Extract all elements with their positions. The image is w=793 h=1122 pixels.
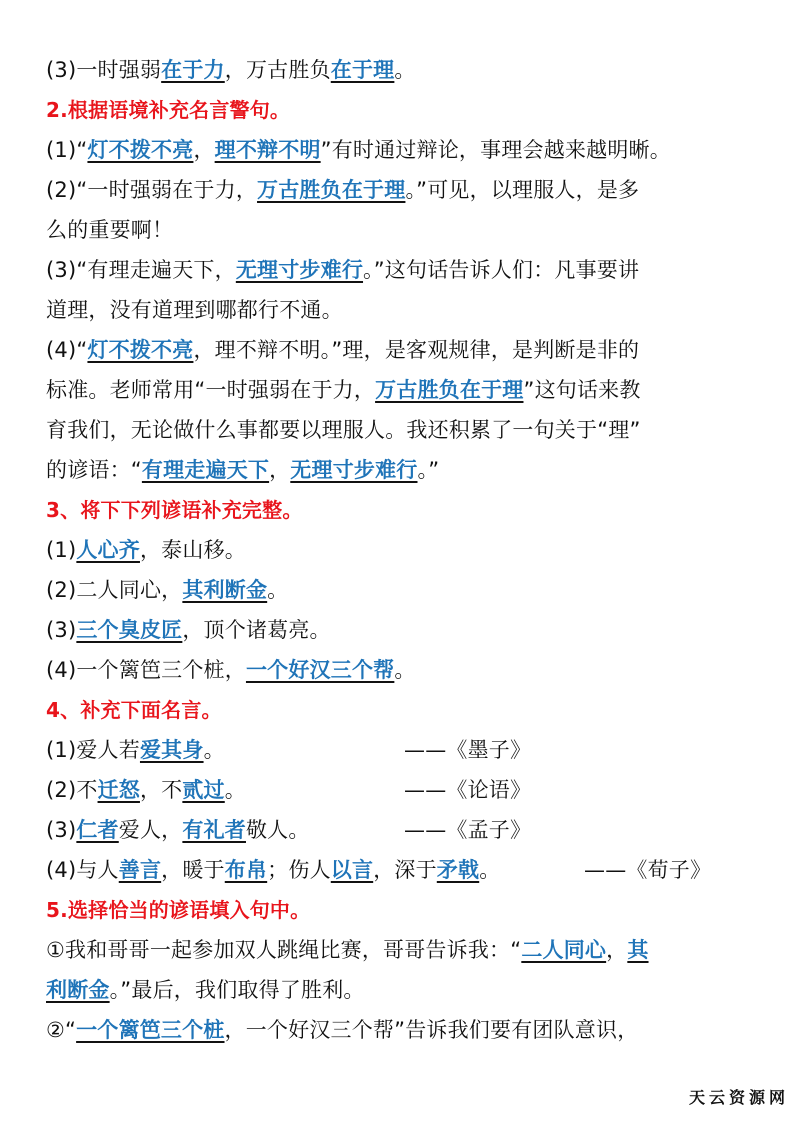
text-line: (3)一时强弱在于力，万古胜负在于理。 bbox=[46, 50, 756, 90]
line-text: 。 bbox=[479, 858, 500, 882]
answer-text: 迁怒 bbox=[98, 778, 140, 802]
line-text: 。 bbox=[225, 778, 246, 802]
text-line: (4)“灯不拨不亮，理不辩不明。”理，是客观规律，是判断是非的 bbox=[46, 330, 756, 370]
text-line: ②“一个篱笆三个桩，一个好汉三个帮”告诉我们要有团队意识， bbox=[46, 1010, 756, 1050]
line-text: (3)“有理走遍天下， bbox=[46, 258, 236, 282]
line-text: 敬人。 bbox=[246, 818, 310, 842]
line-text: (2)不 bbox=[46, 778, 98, 802]
text-line: (3)“有理走遍天下，无理寸步难行。”这句话告诉人们：凡事要讲 bbox=[46, 250, 756, 290]
line-text: (1) bbox=[46, 538, 76, 562]
line-text: 2.根据语境补充名言警句。 bbox=[46, 98, 290, 122]
text-line: (2)二人同心，其利断金。 bbox=[46, 570, 756, 610]
answer-text: 无理寸步难行 bbox=[290, 458, 417, 482]
document-page: (3)一时强弱在于力，万古胜负在于理。2.根据语境补充名言警句。(1)“灯不拨不… bbox=[46, 50, 756, 1050]
text-line: (2)“一时强弱在于力，万古胜负在于理。”可见，以理服人，是多 bbox=[46, 170, 756, 210]
line-text: 。”可见，以理服人，是多 bbox=[405, 178, 639, 202]
line-text: ，理不辩不明。”理，是客观规律，是判断是非的 bbox=[193, 338, 639, 362]
text-line: (3)三个臭皮匠，顶个诸葛亮。 bbox=[46, 610, 756, 650]
answer-text: 利断金 bbox=[46, 978, 110, 1002]
text-line: 的谚语：“有理走遍天下，无理寸步难行。” bbox=[46, 450, 756, 490]
line-text: (4)“ bbox=[46, 338, 87, 362]
quote-source: ——《荀子》 bbox=[584, 850, 711, 890]
text-line: (1)人心齐，泰山移。 bbox=[46, 530, 756, 570]
line-text: ， bbox=[193, 138, 214, 162]
line-text: (4)一个篱笆三个桩， bbox=[46, 658, 246, 682]
text-line: 道理，没有道理到哪都行不通。 bbox=[46, 290, 756, 330]
answer-text: 矛戟 bbox=[437, 858, 479, 882]
text-line: 标准。老师常用“一时强弱在于力，万古胜负在于理”这句话来教 bbox=[46, 370, 756, 410]
line-text: 。”这句话告诉人们：凡事要讲 bbox=[363, 258, 639, 282]
section-heading: 5.选择恰当的谚语填入句中。 bbox=[46, 890, 756, 930]
answer-text: 其 bbox=[627, 938, 648, 962]
line-text: 。 bbox=[394, 658, 415, 682]
line-text: ， bbox=[269, 458, 290, 482]
section-heading: 4、补充下面名言。 bbox=[46, 690, 756, 730]
answer-text: 善言 bbox=[119, 858, 161, 882]
quote-source: ——《孟子》 bbox=[404, 810, 531, 850]
line-text: 。 bbox=[204, 738, 225, 762]
answer-text: 无理寸步难行 bbox=[236, 258, 363, 282]
answer-text: 灯不拨不亮 bbox=[87, 338, 193, 362]
line-text: ，不 bbox=[140, 778, 182, 802]
line-text: 4、补充下面名言。 bbox=[46, 698, 222, 722]
line-text: (3)一时强弱 bbox=[46, 58, 161, 82]
quote-source: ——《墨子》 bbox=[404, 730, 531, 770]
answer-text: 万古胜负在于理 bbox=[375, 378, 523, 402]
answer-text: 以言 bbox=[331, 858, 373, 882]
line-text: ，泰山移。 bbox=[140, 538, 246, 562]
answer-text: 三个臭皮匠 bbox=[76, 618, 182, 642]
line-text: ， bbox=[606, 938, 627, 962]
line-text: 。”最后，我们取得了胜利。 bbox=[110, 978, 365, 1002]
text-line: (1)爱人若爱其身。——《墨子》 bbox=[46, 730, 756, 770]
line-text: ，顶个诸葛亮。 bbox=[182, 618, 330, 642]
answer-text: 一个好汉三个帮 bbox=[246, 658, 394, 682]
text-line: ①我和哥哥一起参加双人跳绳比赛，哥哥告诉我：“二人同心，其 bbox=[46, 930, 756, 970]
line-text: (1)爱人若 bbox=[46, 738, 140, 762]
line-text: 5.选择恰当的谚语填入句中。 bbox=[46, 898, 310, 922]
answer-text: 仁者 bbox=[76, 818, 118, 842]
line-text: ②“ bbox=[46, 1018, 76, 1042]
line-text: ，万古胜负 bbox=[225, 58, 331, 82]
line-text: ”有时通过辩论，事理会越来越明晰。 bbox=[321, 138, 671, 162]
watermark: 天云资源网 bbox=[689, 1085, 789, 1108]
quote-source: ——《论语》 bbox=[404, 770, 531, 810]
text-line: (3)仁者爱人，有礼者敬人。——《孟子》 bbox=[46, 810, 756, 850]
answer-text: 一个篱笆三个桩 bbox=[76, 1018, 224, 1042]
text-line: 利断金。”最后，我们取得了胜利。 bbox=[46, 970, 756, 1010]
line-text: 标准。老师常用“一时强弱在于力， bbox=[46, 378, 375, 402]
text-line: (1)“灯不拨不亮，理不辩不明”有时通过辩论，事理会越来越明晰。 bbox=[46, 130, 756, 170]
section-heading: 3、将下下列谚语补充完整。 bbox=[46, 490, 756, 530]
text-line: (4)一个篱笆三个桩，一个好汉三个帮。 bbox=[46, 650, 756, 690]
text-line: 育我们，无论做什么事都要以理服人。我还积累了一句关于“理” bbox=[46, 410, 756, 450]
answer-text: 布帛 bbox=[225, 858, 267, 882]
line-text: ，深于 bbox=[373, 858, 437, 882]
line-text: (1)“ bbox=[46, 138, 87, 162]
line-text: (2)“一时强弱在于力， bbox=[46, 178, 257, 202]
line-text: (2)二人同心， bbox=[46, 578, 182, 602]
line-text: (3) bbox=[46, 618, 76, 642]
line-text: 道理，没有道理到哪都行不通。 bbox=[46, 298, 343, 322]
text-line: 么的重要啊！ bbox=[46, 210, 756, 250]
line-text: (4)与人 bbox=[46, 858, 119, 882]
line-text: ①我和哥哥一起参加双人跳绳比赛，哥哥告诉我：“ bbox=[46, 938, 521, 962]
line-text: (3) bbox=[46, 818, 76, 842]
section-heading: 2.根据语境补充名言警句。 bbox=[46, 90, 756, 130]
line-text: ，暖于 bbox=[161, 858, 225, 882]
answer-text: 贰过 bbox=[182, 778, 224, 802]
line-text: ，一个好汉三个帮”告诉我们要有团队意识， bbox=[225, 1018, 639, 1042]
answer-text: 理不辩不明 bbox=[215, 138, 321, 162]
answer-text: 灯不拨不亮 bbox=[87, 138, 193, 162]
answer-text: 二人同心 bbox=[521, 938, 606, 962]
answer-text: 其利断金 bbox=[182, 578, 267, 602]
answer-text: 万古胜负在于理 bbox=[257, 178, 405, 202]
line-text: 么的重要啊！ bbox=[46, 218, 173, 242]
answer-text: 人心齐 bbox=[76, 538, 140, 562]
line-text: 。 bbox=[394, 58, 415, 82]
text-line: (4)与人善言，暖于布帛；伤人以言，深于矛戟。——《荀子》 bbox=[46, 850, 756, 890]
answer-text: 爱其身 bbox=[140, 738, 204, 762]
line-text: ；伤人 bbox=[267, 858, 331, 882]
line-text: 爱人， bbox=[119, 818, 183, 842]
answer-text: 有礼者 bbox=[182, 818, 246, 842]
line-text: 的谚语：“ bbox=[46, 458, 142, 482]
line-text: 3、将下下列谚语补充完整。 bbox=[46, 498, 303, 522]
line-text: 。” bbox=[418, 458, 440, 482]
line-text: ”这句话来教 bbox=[523, 378, 640, 402]
line-text: 育我们，无论做什么事都要以理服人。我还积累了一句关于“理” bbox=[46, 418, 641, 442]
answer-text: 在于理 bbox=[331, 58, 395, 82]
line-text: 。 bbox=[267, 578, 288, 602]
answer-text: 在于力 bbox=[161, 58, 225, 82]
answer-text: 有理走遍天下 bbox=[142, 458, 269, 482]
text-line: (2)不迁怒，不贰过。——《论语》 bbox=[46, 770, 756, 810]
